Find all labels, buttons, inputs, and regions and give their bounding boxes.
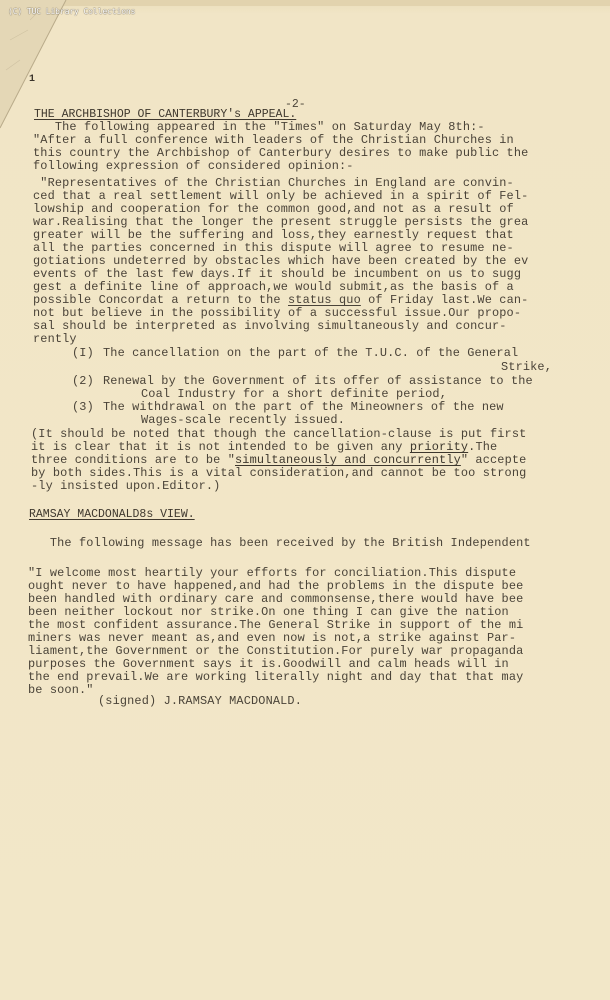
macdonald-intro: The following message has been received … — [28, 537, 531, 550]
condition-continuation: Wages-scale recently issued. — [141, 414, 345, 427]
text-line: sal should be interpreted as involving s… — [33, 320, 507, 333]
copyright-watermark: (C) TUC Library Collections — [8, 7, 135, 16]
simultaneously-underlined: simultaneously and concurrently — [235, 453, 461, 467]
text-line: -ly insisted upon.Editor.) — [31, 480, 220, 493]
status-quo-underlined: status quo — [288, 293, 361, 307]
scan-top-edge — [0, 0, 610, 6]
priority-underlined: priority — [410, 440, 468, 454]
condition-number: (I) — [72, 347, 94, 360]
text-line: rently — [33, 333, 77, 346]
text-fragment: " accepte — [461, 453, 527, 467]
text-fragment: possible Concordat a return to the — [33, 293, 288, 307]
text-line: the end prevail.We are working literally… — [28, 671, 523, 684]
text-fragment: it is clear that it is not intended to b… — [31, 440, 410, 454]
text-fragment: .The — [468, 440, 497, 454]
text-line: following expression of considered opini… — [33, 160, 354, 173]
condition-number: (2) — [72, 375, 94, 388]
margin-mark: 1 — [29, 74, 35, 85]
text-line: be soon." — [28, 684, 94, 697]
condition-continuation: Strike, — [501, 361, 552, 374]
condition-text: The cancellation on the part of the T.U.… — [103, 347, 518, 360]
condition-number: (3) — [72, 401, 94, 414]
text-fragment: of Friday last.We can- — [361, 293, 529, 307]
signature: (signed) J.RAMSAY MACDONALD. — [98, 695, 302, 708]
text-fragment: three conditions are to be " — [31, 453, 235, 467]
document-page: (C) TUC Library Collections 1 -2- THE AR… — [0, 0, 610, 1000]
macdonald-view-heading: RAMSAY MACDONALD8s VIEW. — [29, 508, 195, 521]
